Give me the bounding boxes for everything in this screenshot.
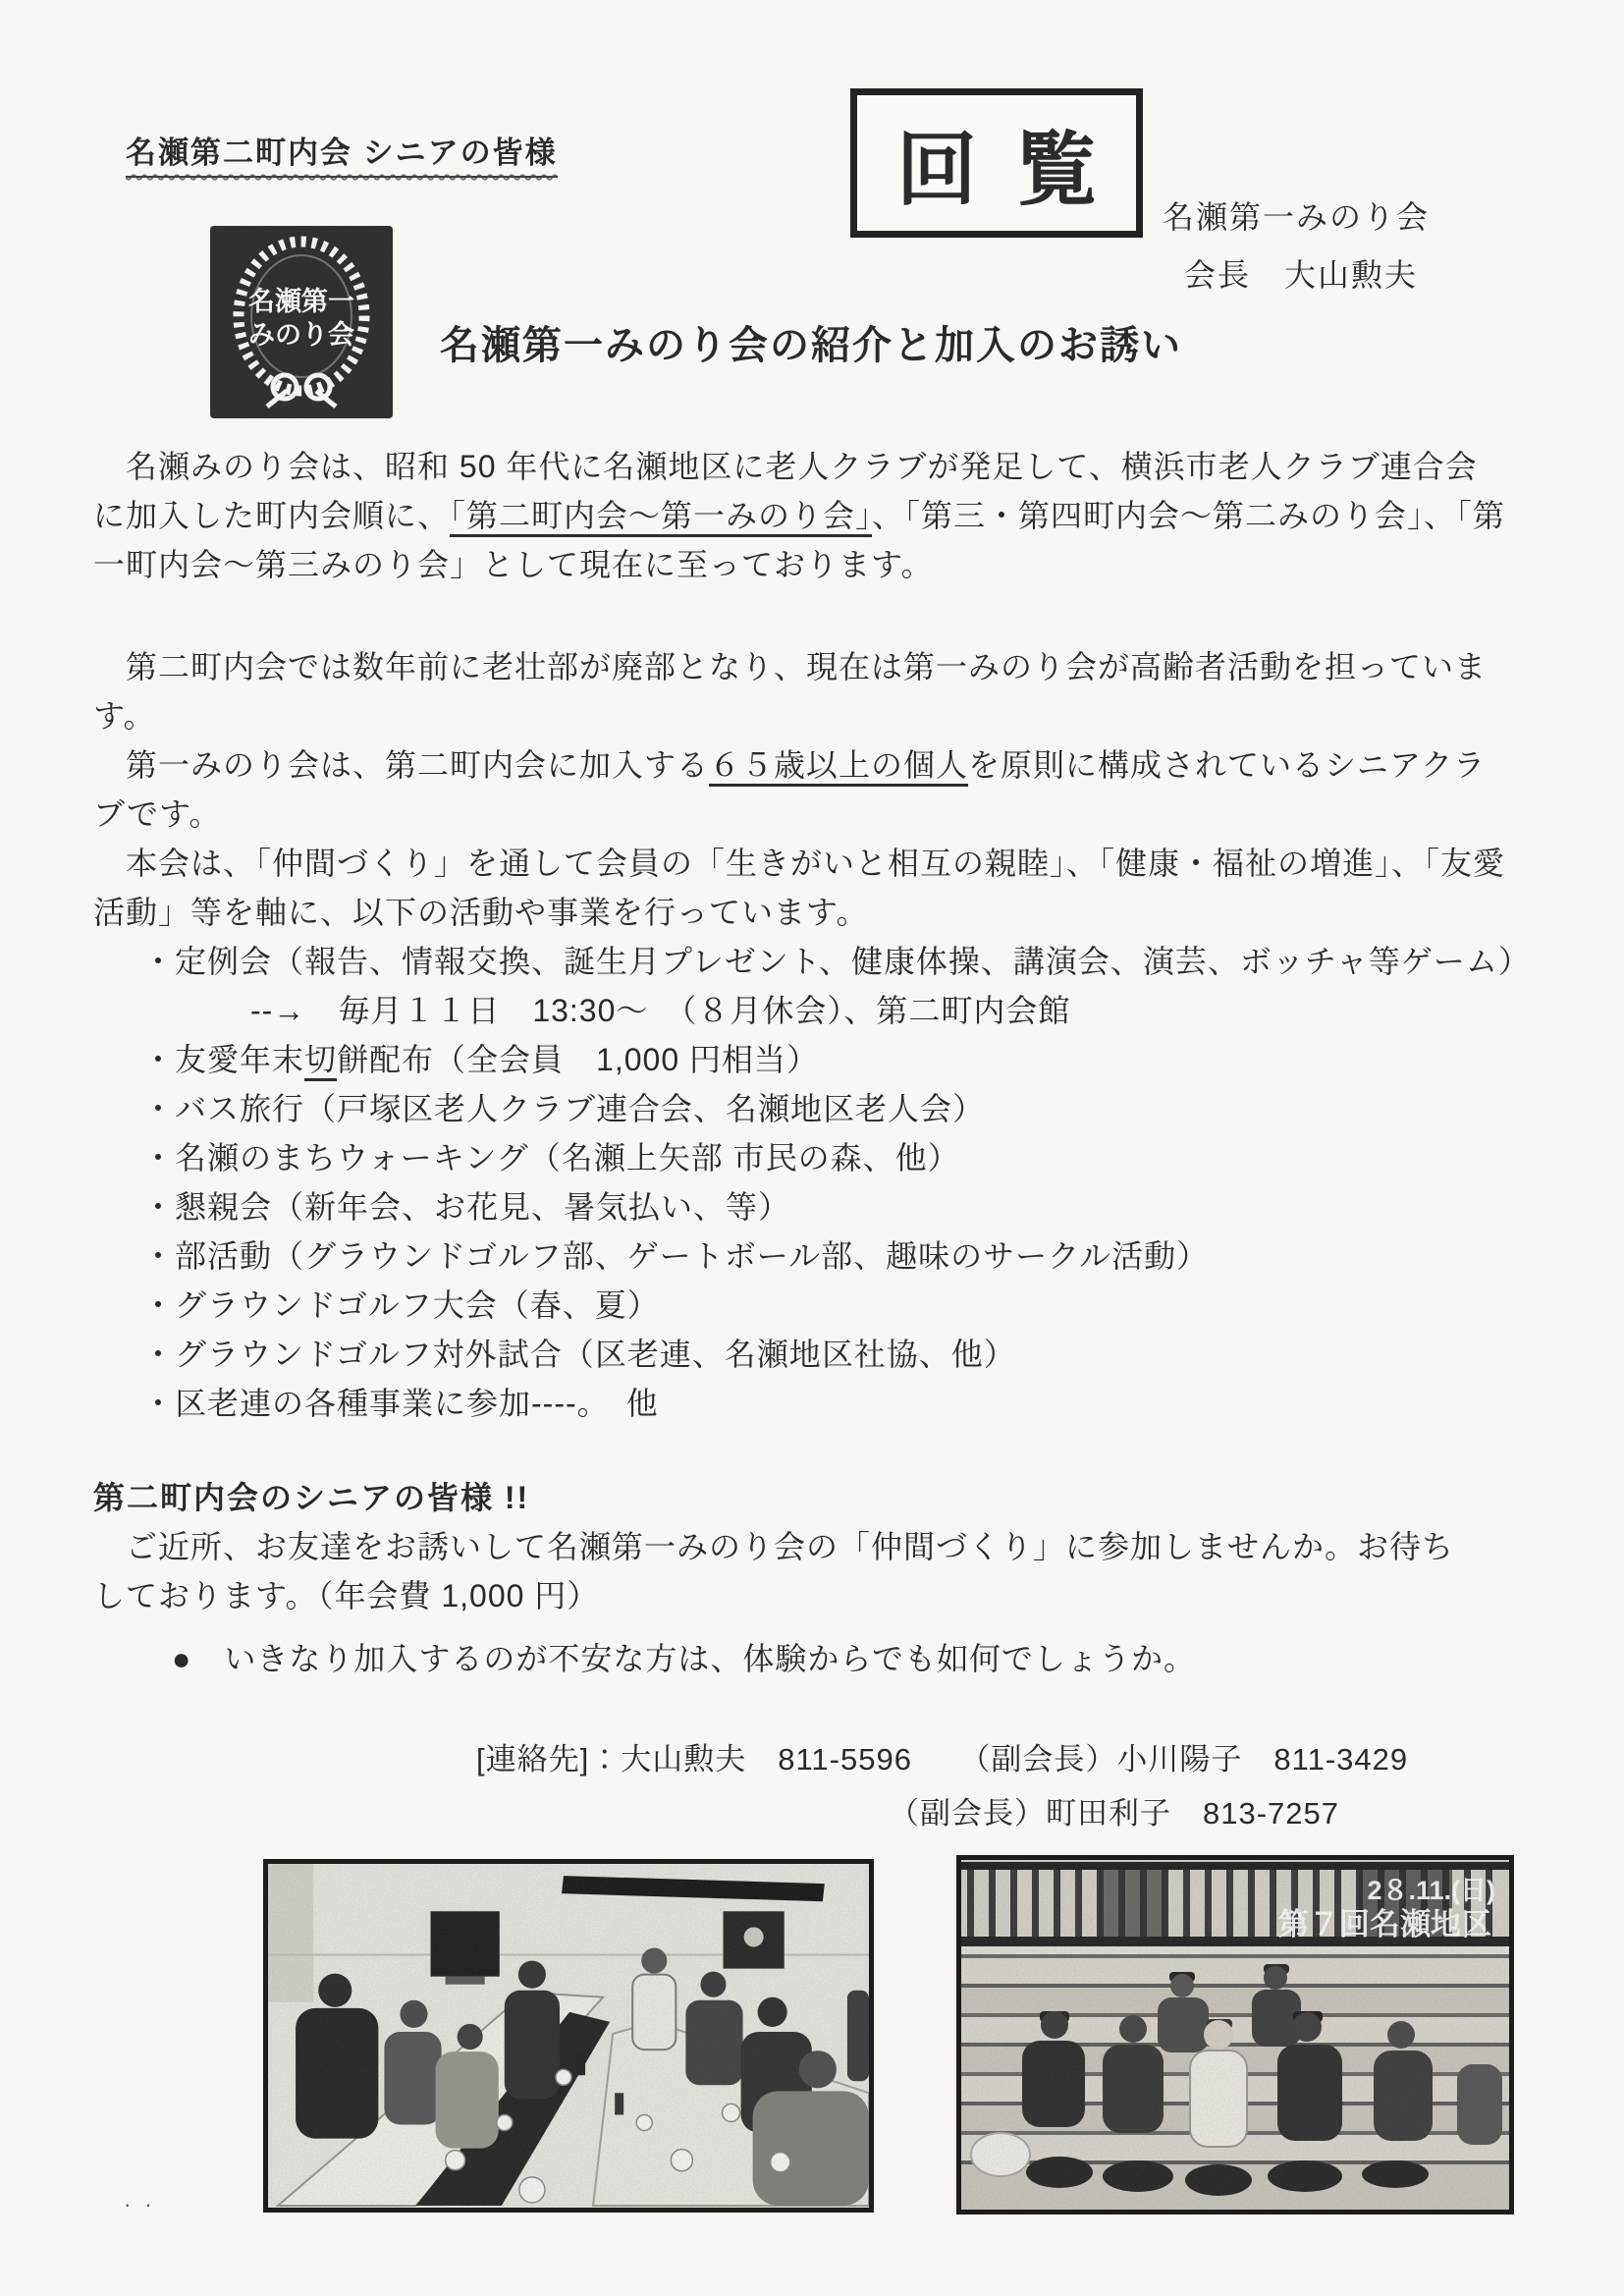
photo-meeting-indoor (263, 1859, 874, 2213)
intro-paragraphs: 名瀬みのり会は、昭和 50 年代に名瀬地区に老人クラブが発足して、横浜市老人クラ… (93, 442, 1542, 937)
paragraph: 本会は、「仲間づくり」を通して会員の「生きがいと相互の親睦」、「健康・福祉の増進… (93, 839, 1542, 937)
text-line: 本会は、「仲間づくり」を通して会員の「生きがいと相互の親睦」、「健康・福祉の増進… (93, 839, 1542, 888)
closing-note: ● いきなり加入するのが不安な方は、体験からでも如何でしょうか。 (93, 1634, 1542, 1683)
issuer-block: 名瀬第一みのり会 会長 大山勲夫 (1163, 192, 1430, 296)
text-line: ・懇親会（新年会、お花見、暑気払い、等） (93, 1182, 1542, 1231)
emblem-text-line2: みのり会 (248, 320, 354, 350)
activity-list: ・定例会（報告、情報交換、誕生月プレゼント、健康体操、講演会、演芸、ボッチャ等ゲ… (93, 937, 1542, 1428)
document-title: 名瀬第一みのり会の紹介と加入のお誘い (440, 314, 1182, 370)
paragraph: 名瀬みのり会は、昭和 50 年代に名瀬地区に老人クラブが発足して、横浜市老人クラ… (93, 442, 1542, 589)
text-line: す。 (93, 691, 1542, 740)
circular-notice-page: 名瀬第二町内会 シニアの皆様 回 覧 名瀬第一みのり会 会長 大山勲夫 名瀬第一… (0, 0, 1624, 2296)
contact-line-2: （副会長）町田利子 813-7257 (93, 1786, 1542, 1840)
addressee-heading: 名瀬第二町内会 シニアの皆様 (126, 128, 558, 178)
text-line: ・バス旅行（戸塚区老人クラブ連合会、名瀬地区老人会） (93, 1084, 1542, 1133)
closing-text: ご近所、お友達をお誘いして名瀬第一みのり会の「仲間づくり」に参加しませんか。お待… (93, 1522, 1542, 1620)
minori-kai-emblem: 名瀬第一 みのり会 (210, 226, 393, 418)
paragraph: 第一みのり会は、第二町内会に加入する６５歳以上の個人を原則に構成されているシニア… (93, 740, 1542, 839)
issuer-org-name: 名瀬第一みのり会 (1163, 192, 1430, 238)
text-line: 第一みのり会は、第二町内会に加入する６５歳以上の個人を原則に構成されているシニア… (93, 740, 1542, 790)
issuer-chairman: 会長 大山勲夫 (1184, 250, 1430, 296)
contact-block: [連絡先]：大山勲夫 811-5596 （副会長）小川陽子 811-3429 （… (93, 1732, 1542, 1840)
stamp-char-2: 覧 (1016, 106, 1097, 221)
circulation-stamp: 回 覧 (850, 88, 1143, 238)
scan-specks: ·· (124, 2192, 166, 2217)
text-line: ・定例会（報告、情報交換、誕生月プレゼント、健康体操、講演会、演芸、ボッチャ等ゲ… (93, 937, 1542, 986)
text-line: しております。（年会費 1,000 円） (93, 1571, 1542, 1620)
document-body: 名瀬みのり会は、昭和 50 年代に名瀬地区に老人クラブが発足して、横浜市老人クラ… (93, 442, 1542, 1840)
photo-group-outdoor: 2８.11.(日) 第７回名瀬地区 (956, 1855, 1514, 2214)
text-line: ・区老連の各種事業に参加----。 他 (93, 1379, 1542, 1428)
text-line: に加入した町内会順に、「第二町内会～第一みのり会」、「第三・第四町内会～第二みの… (93, 491, 1542, 540)
text-line: ・部活動（グラウンドゴルフ部、ゲートボール部、趣味のサークル活動） (93, 1231, 1542, 1281)
text-line: ・友愛年末切餅配布（全会員 1,000 円相当） (93, 1035, 1542, 1084)
text-line: 活動」等を軸に、以下の活動や事業を行っています。 (93, 888, 1542, 937)
closing-section: 第二町内会のシニアの皆様 !! ご近所、お友達をお誘いして名瀬第一みのり会の「仲… (93, 1473, 1542, 1683)
contact-line-1: [連絡先]：大山勲夫 811-5596 （副会長）小川陽子 811-3429 (93, 1732, 1542, 1786)
text-line: 第二町内会では数年前に老壮部が廃部となり、現在は第一みのり会が高齢者活動を担って… (93, 642, 1542, 691)
text-line: ブです。 (93, 790, 1542, 839)
text-line: ・名瀬のまちウォーキング（名瀬上矢部 市民の森、他） (93, 1133, 1542, 1182)
emblem-text-line1: 名瀬第一 (248, 287, 354, 316)
closing-heading: 第二町内会のシニアの皆様 !! (93, 1473, 1542, 1522)
text-line: ● いきなり加入するのが不安な方は、体験からでも如何でしょうか。 (93, 1634, 1542, 1683)
text-line: --→ 毎月１１日 13:30～ （８月休会）、第二町内会館 (93, 986, 1542, 1035)
text-line: 名瀬みのり会は、昭和 50 年代に名瀬地区に老人クラブが発足して、横浜市老人クラ… (93, 442, 1542, 491)
text-line: 一町内会～第三みのり会」として現在に至っております。 (93, 540, 1542, 589)
text-line: ・グラウンドゴルフ対外試合（区老連、名瀬地区社協、他） (93, 1330, 1542, 1379)
text-line: ・グラウンドゴルフ大会（春、夏） (93, 1281, 1542, 1330)
paragraph: 第二町内会では数年前に老壮部が廃部となり、現在は第一みのり会が高齢者活動を担って… (93, 642, 1542, 740)
stamp-char-1: 回 (896, 106, 977, 221)
text-line: ご近所、お友達をお誘いして名瀬第一みのり会の「仲間づくり」に参加しませんか。お待… (93, 1522, 1542, 1571)
